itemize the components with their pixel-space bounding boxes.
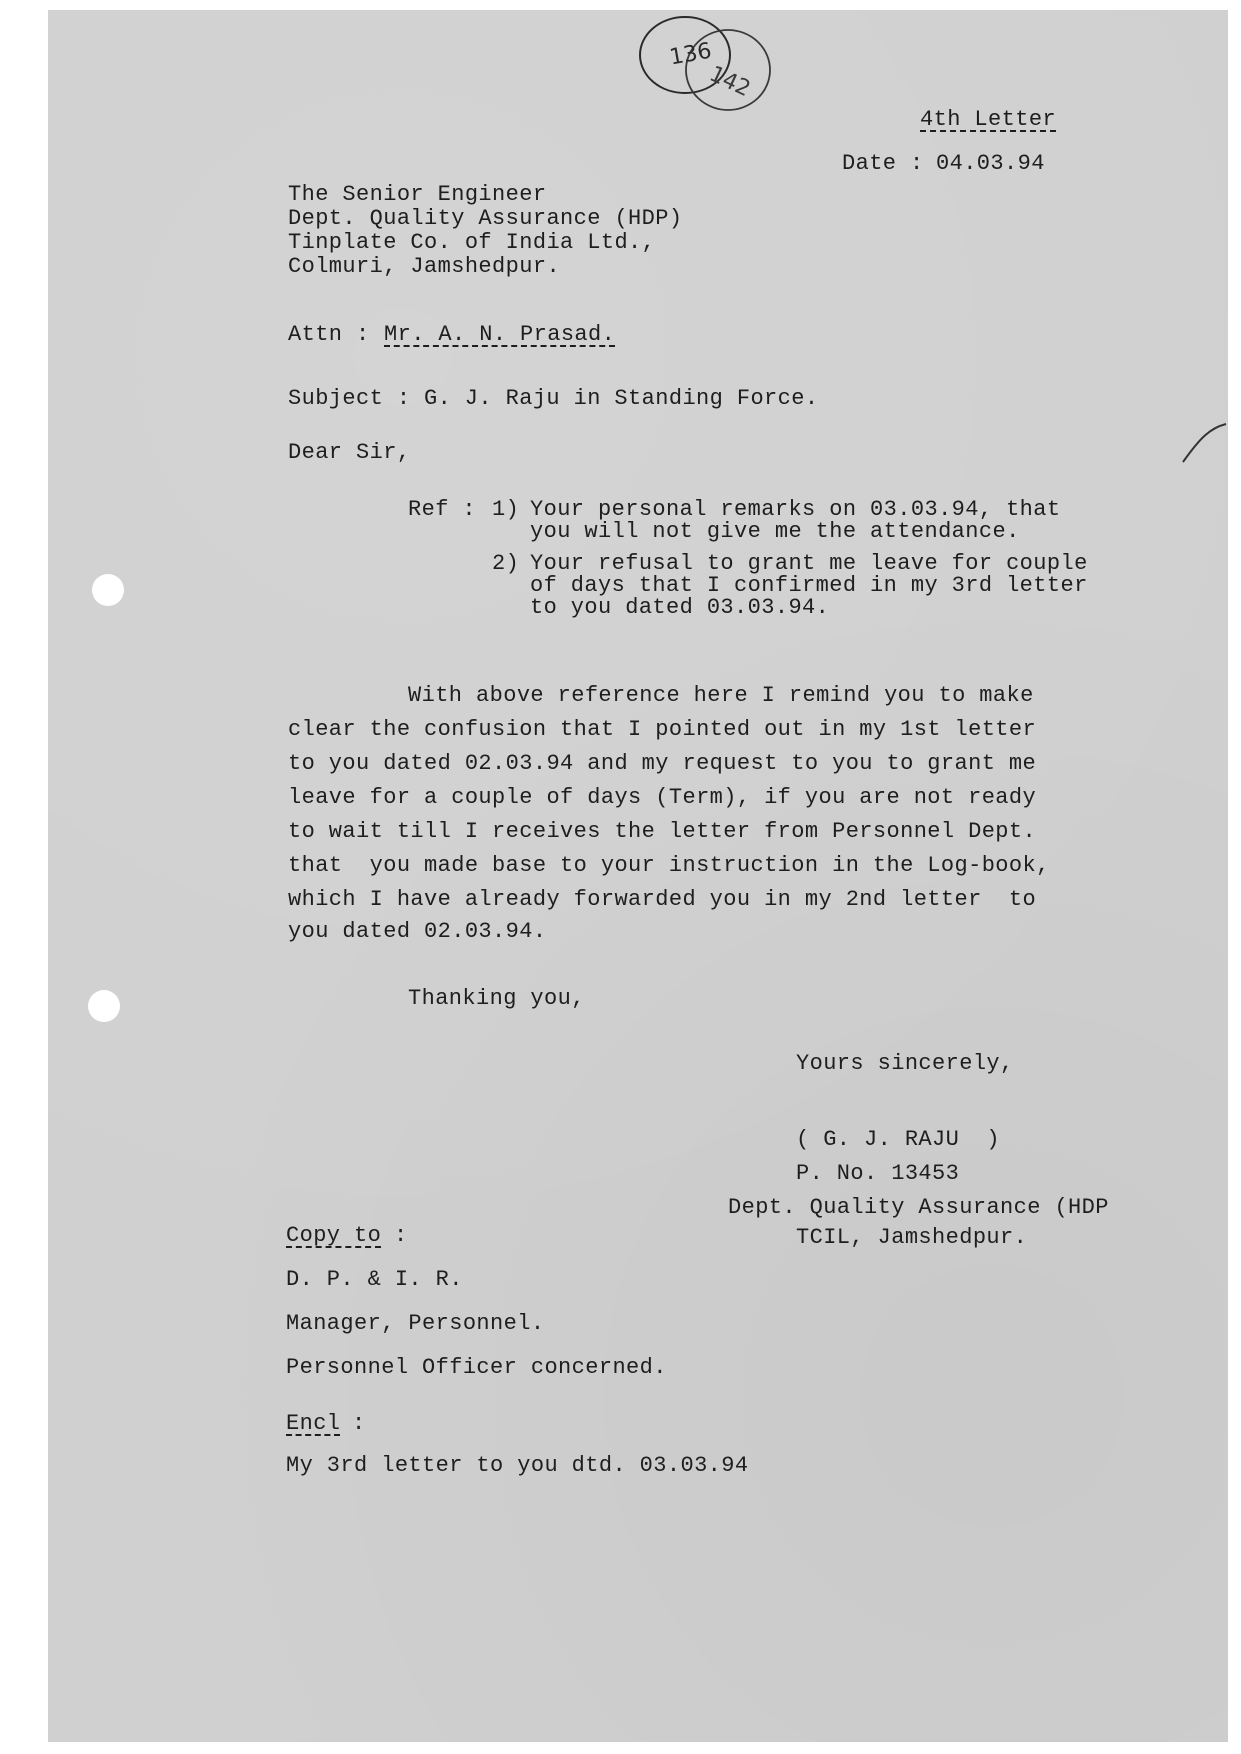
body-line: that you made base to your instruction i… xyxy=(288,854,1050,878)
recipient-line: Tinplate Co. of India Ltd., xyxy=(288,231,655,255)
handwritten-stamp-icon: 136 142 xyxy=(630,8,790,118)
subject-label: Subject : xyxy=(288,387,410,411)
signature-dept: Dept. Quality Assurance (HDP xyxy=(728,1196,1109,1220)
body-line: leave for a couple of days (Term), if yo… xyxy=(288,786,1036,810)
svg-text:142: 142 xyxy=(705,62,754,102)
enclosure-text: My 3rd letter to you dtd. 03.03.94 xyxy=(286,1454,748,1478)
punch-hole-upper xyxy=(92,574,124,606)
body-line: which I have already forwarded you in my… xyxy=(288,888,1036,912)
ref-line: to you dated 03.03.94. xyxy=(530,596,829,620)
body-line: to wait till I receives the letter from … xyxy=(288,820,1036,844)
attn-name: Mr. A. N. Prasad. xyxy=(384,323,615,347)
ref-label: Ref : xyxy=(408,498,476,522)
ref-number: 1) xyxy=(492,498,519,522)
recipient-line: Dept. Quality Assurance (HDP) xyxy=(288,207,682,231)
thanks-line: Thanking you, xyxy=(408,987,585,1011)
signature-org: TCIL, Jamshedpur. xyxy=(796,1226,1027,1250)
signature-name: ( G. J. RAJU ) xyxy=(796,1128,1000,1152)
body-line: clear the confusion that I pointed out i… xyxy=(288,718,1036,742)
copy-recipient: D. P. & I. R. xyxy=(286,1268,463,1292)
body-line: you dated 02.03.94. xyxy=(288,920,546,944)
ref-number: 2) xyxy=(492,552,519,576)
enclosure-colon: : xyxy=(352,1412,366,1436)
body-line: to you dated 02.03.94 and my request to … xyxy=(288,752,1036,776)
signature-pno: P. No. 13453 xyxy=(796,1162,959,1186)
recipient-line: The Senior Engineer xyxy=(288,183,546,207)
closing: Yours sincerely, xyxy=(796,1052,1014,1076)
copy-recipient: Manager, Personnel. xyxy=(286,1312,544,1336)
attn-label: Attn : xyxy=(288,323,370,347)
copy-recipient: Personnel Officer concerned. xyxy=(286,1356,667,1380)
date-value: 04.03.94 xyxy=(936,152,1045,176)
date-label: Date : xyxy=(842,152,924,176)
punch-hole-lower xyxy=(88,990,120,1022)
subject-text: G. J. Raju in Standing Force. xyxy=(424,387,818,411)
copy-to-colon: : xyxy=(394,1224,408,1248)
enclosure-label: Encl xyxy=(286,1412,340,1436)
recipient-line: Colmuri, Jamshedpur. xyxy=(288,255,560,279)
letter-number: 4th Letter xyxy=(920,108,1056,132)
svg-text:136: 136 xyxy=(668,39,714,71)
body-line: With above reference here I remind you t… xyxy=(408,684,1034,708)
salutation: Dear Sir, xyxy=(288,441,410,465)
ref-line: you will not give me the attendance. xyxy=(530,520,1020,544)
pen-mark-icon xyxy=(1180,420,1228,470)
copy-to-label: Copy to xyxy=(286,1224,381,1248)
